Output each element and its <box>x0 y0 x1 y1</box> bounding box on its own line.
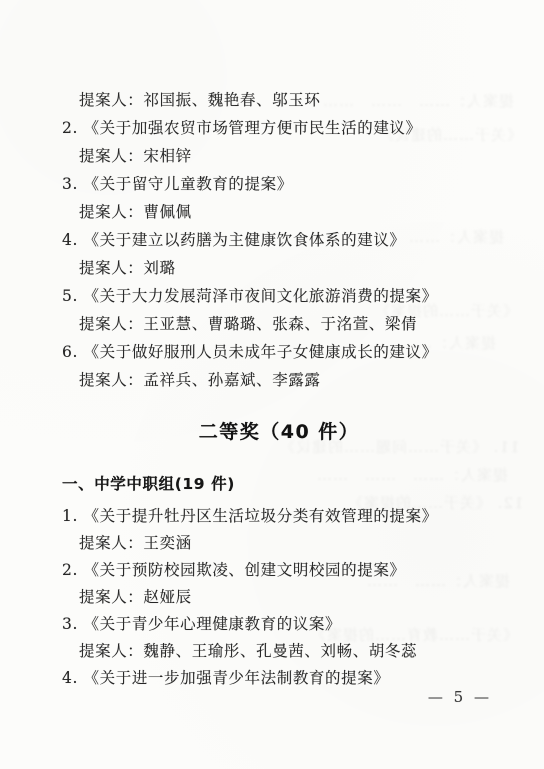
page-number: — 5 — <box>428 688 492 706</box>
proposer-line: 提案人：宋相锌 <box>0 142 544 170</box>
document-content: 提案人：祁国振、魏艳春、邬玉环 2. 《关于加强农贸市场管理方便市民生活的建议》… <box>0 86 544 692</box>
award-heading: 二等奖（40 件） <box>0 413 544 451</box>
proposal-line: 3. 《关于青少年心理健康教育的议案》 <box>0 611 544 638</box>
proposer-line: 提案人：孟祥兵、孙嘉斌、李露露 <box>0 366 544 394</box>
proposer-line: 提案人：魏静、王瑜彤、孔曼茜、刘畅、胡冬蕊 <box>0 638 544 665</box>
proposer-line: 提案人：王奕涵 <box>0 530 544 557</box>
group-subheading: 一、中学中职组(19 件) <box>0 470 544 498</box>
proposal-line: 4. 《关于建立以药膳为主健康饮食体系的建议》 <box>0 226 544 254</box>
proposal-line: 6. 《关于做好服刑人员未成年子女健康成长的建议》 <box>0 338 544 366</box>
proposal-line: 2. 《关于加强农贸市场管理方便市民生活的建议》 <box>0 114 544 142</box>
proposer-line: 提案人：赵娅辰 <box>0 584 544 611</box>
proposer-line: 提案人：刘璐 <box>0 254 544 282</box>
proposal-line: 5. 《关于大力发展菏泽市夜间文化旅游消费的提案》 <box>0 282 544 310</box>
proposer-line: 提案人：曹佩佩 <box>0 198 544 226</box>
proposal-line: 2. 《关于预防校园欺凌、创建文明校园的提案》 <box>0 557 544 584</box>
proposer-line: 提案人：王亚慧、曹璐璐、张森、于洺萱、梁倩 <box>0 310 544 338</box>
proposal-line: 1. 《关于提升牡丹区生活垃圾分类有效管理的提案》 <box>0 503 544 530</box>
document-page: 提案人：…… …… …… 《关于……的建议》 提案人：…… 《关于……的提案》 … <box>0 0 544 769</box>
proposer-line: 提案人：祁国振、魏艳春、邬玉环 <box>0 86 544 114</box>
proposal-line: 3. 《关于留守儿童教育的提案》 <box>0 170 544 198</box>
group-section: 1. 《关于提升牡丹区生活垃圾分类有效管理的提案》 提案人：王奕涵 2. 《关于… <box>0 503 544 692</box>
